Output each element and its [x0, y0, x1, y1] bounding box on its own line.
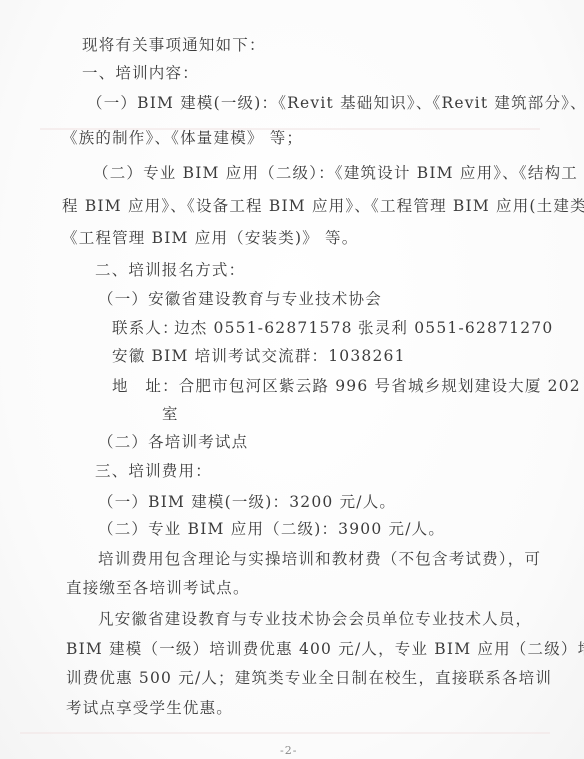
section1-item1-line1: （一）BIM 建模(一级)：《Revit 基础知识》、《Revit 建筑部分》、 — [87, 93, 584, 113]
document-page: 现将有关事项通知如下： 一、培训内容： （一）BIM 建模(一级)：《Revit… — [0, 0, 584, 759]
qq-group: 安徽 BIM 培训考试交流群：1038261 — [112, 346, 406, 366]
fee-level2: （二）专业 BIM 应用（二级)：3900 元/人。 — [98, 519, 445, 539]
fee-level1: （一）BIM 建模(一级)：3200 元/人。 — [98, 492, 396, 512]
fee-note1-line2: 直接缴至各培训考试点。 — [66, 578, 250, 598]
fee-note2-line1: 凡安徽省建设教育与专业技术协会会员单位专业技术人员， — [98, 609, 532, 629]
faint-rule — [20, 732, 550, 734]
page-number: -2- — [280, 744, 297, 757]
section1-item2-line3: 《工程管理 BIM 应用（安装类)》 等。 — [62, 228, 358, 248]
address-line2: 室 — [162, 404, 179, 424]
section1-item1-line2: 《族的制作》、《体量建模》 等； — [62, 128, 303, 148]
contact-label: 联系人： — [112, 318, 179, 338]
fee-note2-line4: 考试点享受学生优惠。 — [66, 698, 233, 718]
section2-item1: （一）安徽省建设教育与专业技术协会 — [98, 289, 382, 309]
section1-item2-line2: 程 BIM 应用》、《设备工程 BIM 应用》、《工程管理 BIM 应用(土建类… — [62, 196, 584, 216]
section2-heading: 二、培训报名方式： — [95, 260, 245, 280]
fee-note2-line2: BIM 建模（一级）培训费优惠 400 元/人，专业 BIM 应用（二级）培 — [66, 639, 584, 659]
section1-heading: 一、培训内容： — [82, 63, 199, 83]
fee-note1-line1: 培训费用包含理论与实操培训和教材费（不包含考试费），可 — [98, 549, 541, 569]
contact-person-1: 边杰 0551-62871578 — [174, 318, 353, 338]
section3-heading: 三、培训费用： — [95, 461, 212, 481]
section1-item2-line1: （二）专业 BIM 应用（二级）：《建筑设计 BIM 应用》、《结构工 — [93, 163, 578, 183]
intro-text: 现将有关事项通知如下： — [82, 35, 266, 55]
contact-person-2: 张灵利 0551-62871270 — [358, 318, 553, 338]
section2-item2: （二）各培训考试点 — [98, 432, 248, 452]
fee-note2-line3: 训费优惠 500 元/人；建筑类专业全日制在校生，直接联系各培训 — [66, 668, 552, 688]
address-line1: 地 址：合肥市包河区紫云路 996 号省城乡规划建设大厦 202 — [112, 376, 581, 396]
